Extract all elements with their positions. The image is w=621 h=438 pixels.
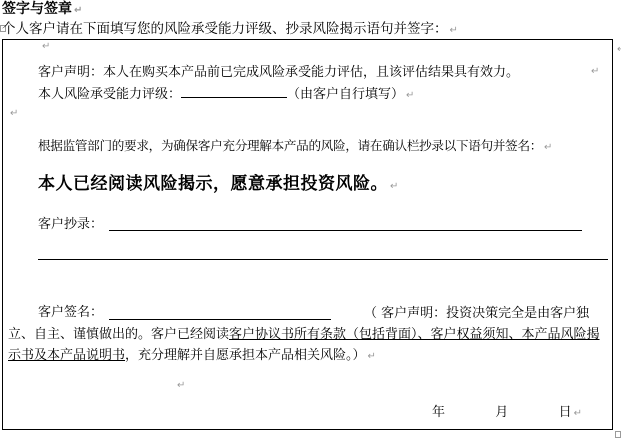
paragraph-mark-icon: ↵ [591, 66, 599, 77]
customer-statement-text: 客户声明：本人在购买本产品前已完成风险承受能力评估，且该评估结果具有效力。 [38, 65, 519, 80]
paragraph-mark-icon: ↵ [10, 108, 18, 119]
regulatory-notice: 根据监管部门的要求，为确保客户充分理解本产品的风险，请在确认栏抄录以下语句并签名… [38, 137, 552, 156]
paragraph-mark-icon: ↵ [390, 181, 398, 192]
year-label: 年 [432, 404, 445, 421]
regulatory-notice-text: 根据监管部门的要求，为确保客户充分理解本产品的风险，请在确认栏抄录以下语句并签名… [38, 138, 542, 153]
transcription-label: 客户抄录： [38, 216, 103, 233]
paragraph-mark-icon: ↵ [450, 25, 458, 36]
paragraph-mark-icon: ↵ [406, 90, 414, 101]
paragraph-mark-icon: ↵ [177, 380, 185, 391]
section-heading: 签字与签章↵ [2, 0, 82, 20]
paragraph-mark-icon: ↵ [544, 142, 552, 153]
paragraph-mark-icon: ↵ [74, 5, 82, 16]
instruction-text: 个人客户请在下面填写您的风险承受能力评级、抄录风险揭示语句并签字： [2, 21, 448, 37]
transcription-label-text: 客户抄录： [38, 217, 103, 232]
risk-declaration-text: 本人已经阅读风险揭示，愿意承担投资风险。 [38, 174, 388, 194]
paragraph-mark-icon: ↵ [574, 405, 582, 422]
day-label: 日 [559, 404, 572, 421]
transcription-input-line-2[interactable] [38, 259, 608, 260]
risk-rating-line: 本人风险承受能力评级：（由客户自行填写）↵ [38, 85, 414, 104]
signature-declaration: （ 客户声明：投资决策完全是由客户独立、自主、谨慎做出的。客户已经阅读客户协议书… [8, 303, 608, 367]
risk-rating-input[interactable] [181, 85, 287, 98]
declaration-text-2: ，充分理解并自愿承担本产品相关风险。） [125, 348, 366, 363]
heading-text: 签字与签章 [2, 1, 72, 17]
paragraph-mark-icon: ↵ [42, 41, 50, 52]
month-label: 月 [495, 404, 508, 421]
instruction-line: 个人客户请在下面填写您的风险承受能力评级、抄录风险揭示语句并签字：↵ [2, 20, 458, 40]
transcription-input-line-1[interactable] [109, 230, 582, 231]
risk-rating-label: 本人风险承受能力评级： [38, 87, 181, 102]
customer-statement: 客户声明：本人在购买本产品前已完成风险承受能力评估，且该评估结果具有效力。 [38, 64, 519, 81]
date-line: 年 月 日↵ [432, 404, 582, 422]
paragraph-mark-icon: ↵ [368, 351, 376, 362]
table-end-mark-icon [615, 431, 621, 438]
cell-end-mark-icon: ↵ [617, 44, 621, 55]
risk-rating-note: （由客户自行填写） [287, 87, 404, 102]
risk-declaration: 本人已经阅读风险揭示，愿意承担投资风险。↵ [38, 173, 398, 198]
